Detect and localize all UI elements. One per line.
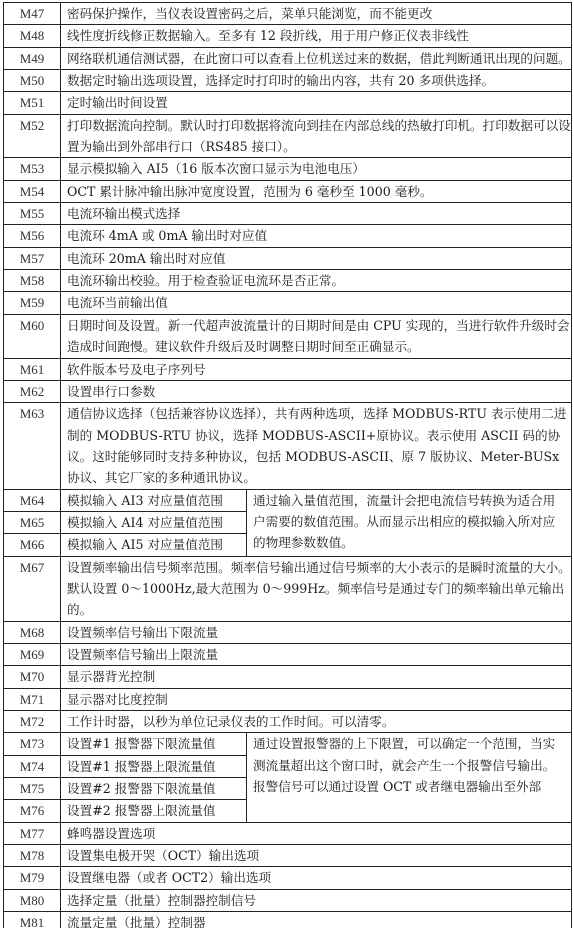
menu-code: M61 — [4, 358, 61, 380]
menu-description: 蜂鸣器设置选项 — [61, 822, 572, 844]
menu-description: 设置#1 报警器上限流量值 — [61, 755, 247, 777]
table-row: M49网络联机通信测试器，在此窗口可以查看上位机送过来的数据，借此判断通讯出现的… — [4, 47, 572, 69]
menu-code: M62 — [4, 380, 61, 402]
menu-code: M57 — [4, 247, 61, 269]
table-row: M53显示模拟输入 AI5（16 版本次窗口显示为电池电压） — [4, 158, 572, 180]
table-row: M63通信协议选择（包括兼容协议选择），共有两种选项，选择 MODBUS-RTU… — [4, 403, 572, 489]
menu-description: 打印数据流向控制。默认时打印数据将流向到挂在内部总线的热敏打印机。打印数据可以设… — [61, 114, 572, 158]
menu-description: 通信协议选择（包括兼容协议选择），共有两种选项，选择 MODBUS-RTU 表示… — [61, 403, 572, 489]
table-row: M61软件版本号及电子序列号 — [4, 358, 572, 380]
menu-code: M55 — [4, 203, 61, 225]
menu-code: M68 — [4, 621, 61, 643]
menu-description: 网络联机通信测试器，在此窗口可以查看上位机送过来的数据，借此判断通讯出现的问题。 — [61, 47, 572, 69]
menu-code: M47 — [4, 3, 61, 25]
menu-description: 电流环 4mA 或 0mA 输出时对应值 — [61, 225, 572, 247]
menu-reference-table: M47密码保护操作，当仪表设置密码之后，菜单只能浏览，而不能更改M48线性度折线… — [3, 2, 572, 928]
menu-description: 软件版本号及电子序列号 — [61, 358, 572, 380]
table-row: M48线性度折线修正数据输入。至多有 12 段折线，用于用户修正仪表非线性 — [4, 25, 572, 47]
menu-description: 线性度折线修正数据输入。至多有 12 段折线，用于用户修正仪表非线性 — [61, 25, 572, 47]
menu-code: M67 — [4, 556, 61, 621]
menu-code: M51 — [4, 92, 61, 114]
table-row: M60日期时间及设置。新一代超声波流量计的日期时间是由 CPU 实现的，当进行软… — [4, 314, 572, 358]
table-row: M51定时输出时间设置 — [4, 92, 572, 114]
table-row: M59电流环当前输出值 — [4, 292, 572, 314]
menu-description: 设置频率信号输出下限流量 — [61, 621, 572, 643]
table-row: M62设置串行口参数 — [4, 380, 572, 402]
table-row: M47密码保护操作，当仪表设置密码之后，菜单只能浏览，而不能更改 — [4, 3, 572, 25]
menu-description: 电流环 20mA 输出时对应值 — [61, 247, 572, 269]
menu-code: M69 — [4, 643, 61, 665]
menu-description: 选择定量（批量）控制器控制信号 — [61, 889, 572, 911]
table-row: M56电流环 4mA 或 0mA 输出时对应值 — [4, 225, 572, 247]
table-row: M81流量定量（批量）控制器 — [4, 912, 572, 928]
table-row: M67设置频率输出信号频率范围。频率信号输出通过信号频率的大小表示的是瞬时流量的… — [4, 556, 572, 621]
menu-code: M53 — [4, 158, 61, 180]
menu-description: 定时输出时间设置 — [61, 92, 572, 114]
menu-description: 设置集电极开哭（OCT）输出选项 — [61, 845, 572, 867]
table-row: M80选择定量（批量）控制器控制信号 — [4, 889, 572, 911]
menu-code: M73 — [4, 733, 61, 755]
table-row: M70显示器背光控制 — [4, 666, 572, 688]
table-row: M68设置频率信号输出下限流量 — [4, 621, 572, 643]
table-row: M71显示器对比度控制 — [4, 688, 572, 710]
menu-description: 工作计时器，以秒为单位记录仪表的工作时间。可以清零。 — [61, 711, 572, 733]
menu-description: 设置串行口参数 — [61, 380, 572, 402]
menu-code: M56 — [4, 225, 61, 247]
menu-code: M76 — [4, 800, 61, 822]
menu-description: 模拟输入 AI4 对应量值范围 — [61, 511, 247, 533]
table-row: M52打印数据流向控制。默认时打印数据将流向到挂在内部总线的热敏打印机。打印数据… — [4, 114, 572, 158]
table-row: M50数据定时输出选项设置，选择定时打印时的输出内容，共有 20 多项供选择。 — [4, 70, 572, 92]
table-row: M55电流环输出模式选择 — [4, 203, 572, 225]
menu-description: 模拟输入 AI5 对应量值范围 — [61, 534, 247, 556]
table-row: M64模拟输入 AI3 对应量值范围通过输入量值范围，流量计会把电流信号转换为适… — [4, 489, 572, 511]
menu-description: 电流环当前输出值 — [61, 292, 572, 314]
menu-code: M48 — [4, 25, 61, 47]
menu-description: 设置#1 报警器下限流量值 — [61, 733, 247, 755]
menu-code: M58 — [4, 270, 61, 292]
menu-description: 设置#2 报警器下限流量值 — [61, 778, 247, 800]
menu-code: M71 — [4, 688, 61, 710]
menu-code: M74 — [4, 755, 61, 777]
menu-description: 显示器对比度控制 — [61, 688, 572, 710]
menu-code: M77 — [4, 822, 61, 844]
menu-code: M64 — [4, 489, 61, 511]
menu-code: M79 — [4, 867, 61, 889]
menu-description: 设置频率输出信号频率范围。频率信号输出通过信号频率的大小表示的是瞬时流量的大小。… — [61, 556, 572, 621]
menu-code: M50 — [4, 70, 61, 92]
menu-description: 设置#2 报警器上限流量值 — [61, 800, 247, 822]
menu-description: 设置继电器（或者 OCT2）输出选项 — [61, 867, 572, 889]
menu-code: M49 — [4, 47, 61, 69]
menu-code: M75 — [4, 778, 61, 800]
menu-code: M59 — [4, 292, 61, 314]
group-note: 通过输入量值范围，流量计会把电流信号转换为适合用户需要的数值范围。从而显示出相应… — [247, 489, 572, 556]
menu-code: M65 — [4, 511, 61, 533]
table-row: M69设置频率信号输出上限流量 — [4, 643, 572, 665]
menu-description: 显示器背光控制 — [61, 666, 572, 688]
table-row: M78设置集电极开哭（OCT）输出选项 — [4, 845, 572, 867]
menu-code: M78 — [4, 845, 61, 867]
menu-code: M81 — [4, 912, 61, 928]
table-row: M77蜂鸣器设置选项 — [4, 822, 572, 844]
menu-description: 显示模拟输入 AI5（16 版本次窗口显示为电池电压） — [61, 158, 572, 180]
table-row: M57电流环 20mA 输出时对应值 — [4, 247, 572, 269]
menu-code: M72 — [4, 711, 61, 733]
menu-description: 流量定量（批量）控制器 — [61, 912, 572, 928]
menu-description: 数据定时输出选项设置，选择定时打印时的输出内容，共有 20 多项供选择。 — [61, 70, 572, 92]
table-row: M73设置#1 报警器下限流量值通过设置报警器的上下限置，可以确定一个范围，当实… — [4, 733, 572, 755]
menu-description: 电流环输出校验。用于检查验证电流环是否正常。 — [61, 270, 572, 292]
menu-description: 电流环输出模式选择 — [61, 203, 572, 225]
menu-description: 日期时间及设置。新一代超声波流量计的日期时间是由 CPU 实现的，当进行软件升级… — [61, 314, 572, 358]
menu-code: M52 — [4, 114, 61, 158]
menu-description: 设置频率信号输出上限流量 — [61, 643, 572, 665]
menu-code: M70 — [4, 666, 61, 688]
menu-code: M60 — [4, 314, 61, 358]
table-row: M79设置继电器（或者 OCT2）输出选项 — [4, 867, 572, 889]
menu-description: 密码保护操作，当仪表设置密码之后，菜单只能浏览，而不能更改 — [61, 3, 572, 25]
menu-code: M54 — [4, 180, 61, 202]
menu-code: M80 — [4, 889, 61, 911]
menu-description: 模拟输入 AI3 对应量值范围 — [61, 489, 247, 511]
menu-code: M66 — [4, 534, 61, 556]
menu-description: OCT 累计脉冲输出脉冲宽度设置，范围为 6 毫秒至 1000 毫秒。 — [61, 180, 572, 202]
group-note: 通过设置报警器的上下限置，可以确定一个范围，当实测流量超出这个窗口时，就会产生一… — [247, 733, 572, 822]
table-row: M72工作计时器，以秒为单位记录仪表的工作时间。可以清零。 — [4, 711, 572, 733]
table-row: M54OCT 累计脉冲输出脉冲宽度设置，范围为 6 毫秒至 1000 毫秒。 — [4, 180, 572, 202]
menu-code: M63 — [4, 403, 61, 489]
table-row: M58电流环输出校验。用于检查验证电流环是否正常。 — [4, 270, 572, 292]
